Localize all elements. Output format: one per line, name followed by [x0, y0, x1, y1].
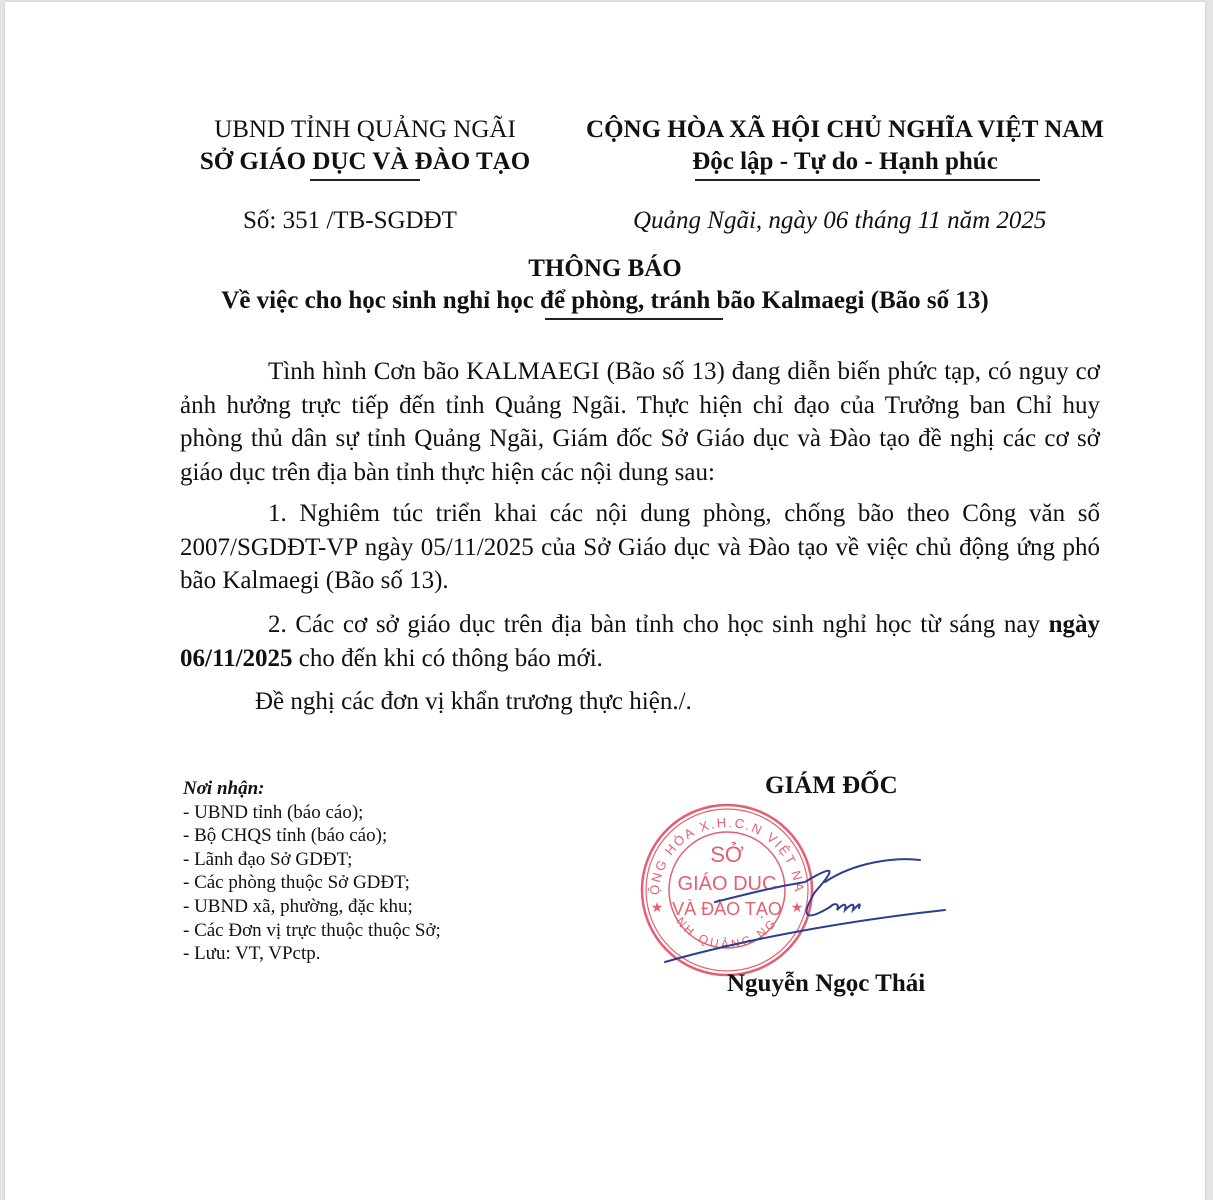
item-2-paragraph: 2. Các cơ sở giáo dục trên địa bàn tỉnh …: [180, 608, 1100, 675]
recipient-item: - UBND tỉnh (báo cáo);: [183, 801, 441, 825]
item-1-paragraph: 1. Nghiêm túc triển khai các nội dung ph…: [180, 497, 1100, 598]
issuing-agency: SỞ GIÁO DỤC VÀ ĐÀO TẠO: [175, 146, 555, 178]
parent-agency: UBND TỈNH QUẢNG NGÃI: [175, 114, 555, 146]
document-date: Quảng Ngãi, ngày 06 tháng 11 năm 2025: [633, 207, 1046, 235]
recipient-item: - UBND xã, phường, đặc khu;: [183, 895, 441, 919]
recipient-item: - Các phòng thuộc Sở GDĐT;: [183, 871, 441, 895]
issuing-agency-header: UBND TỈNH QUẢNG NGÃI SỞ GIÁO DỤC VÀ ĐÀO …: [175, 114, 555, 178]
national-motto: Độc lập - Tự do - Hạnh phúc: [560, 146, 1130, 178]
signature-icon: [655, 852, 955, 972]
signer-name: Nguyễn Ngọc Thái: [727, 970, 925, 998]
recipients-heading: Nơi nhận:: [183, 777, 441, 801]
recipient-item: - Các Đơn vị trực thuộc thuộc Sở;: [183, 919, 441, 943]
signer-title: GIÁM ĐỐC: [765, 772, 898, 800]
item-2-suffix: cho đến khi có thông báo mới.: [293, 645, 603, 672]
closing-paragraph: Đề nghị các đơn vị khẩn trương thực hiện…: [255, 685, 692, 719]
document-page: UBND TỈNH QUẢNG NGÃI SỞ GIÁO DỤC VÀ ĐÀO …: [5, 2, 1205, 1200]
recipient-item: - Lãnh đạo Sở GDĐT;: [183, 848, 441, 872]
subtitle-underline: [545, 318, 723, 320]
agency-underline: [310, 179, 420, 181]
document-number: Số: 351 /TB-SGDĐT: [243, 207, 457, 235]
recipients-list: Nơi nhận: - UBND tỉnh (báo cáo); - Bộ CH…: [183, 777, 441, 966]
intro-paragraph: Tình hình Cơn bão KALMAEGI (Bão số 13) đ…: [180, 355, 1100, 489]
country-name: CỘNG HÒA XÃ HỘI CHỦ NGHĨA VIỆT NAM: [560, 114, 1130, 146]
document-title: THÔNG BÁO: [5, 255, 1205, 283]
national-motto-header: CỘNG HÒA XÃ HỘI CHỦ NGHĨA VIỆT NAM Độc l…: [560, 114, 1130, 178]
motto-underline: [695, 179, 1040, 181]
document-subtitle: Về việc cho học sinh nghỉ học để phòng, …: [5, 287, 1205, 315]
recipient-item: - Lưu: VT, VPctp.: [183, 942, 441, 966]
recipient-item: - Bộ CHQS tỉnh (báo cáo);: [183, 824, 441, 848]
item-2-prefix: 2. Các cơ sở giáo dục trên địa bàn tỉnh …: [268, 611, 1049, 638]
